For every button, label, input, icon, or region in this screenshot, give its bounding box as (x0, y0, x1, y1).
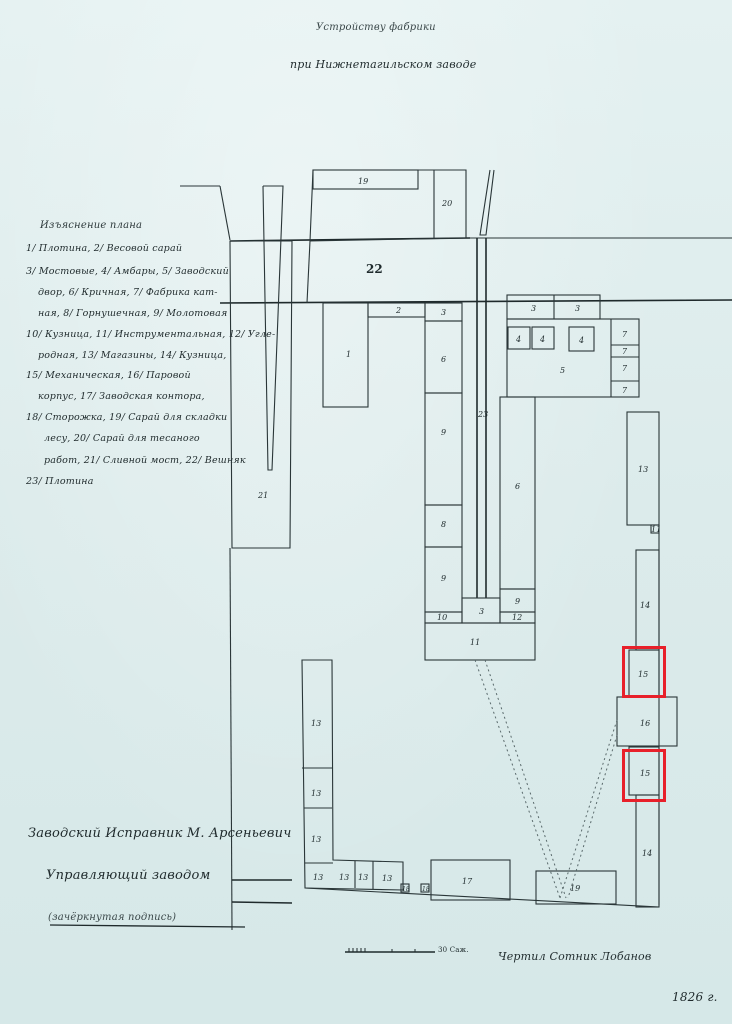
label-18: 18 (402, 886, 410, 893)
label-11: 11 (470, 638, 480, 647)
label-13: 13 (382, 874, 392, 883)
label-22: 22 (366, 262, 383, 276)
label-23: 23 (477, 410, 488, 419)
label-2: 2 (395, 306, 401, 315)
scale-bar (345, 948, 435, 952)
label-4: 4 (515, 335, 521, 344)
signature-struck: (зачёркнутая подпись) (48, 912, 176, 923)
label-9: 9 (515, 597, 520, 606)
highlight-building-15-lower (622, 749, 666, 802)
label-3: 3 (441, 308, 446, 317)
label-16: 16 (640, 719, 650, 728)
label-13: 13 (339, 873, 349, 882)
label-20: 20 (441, 199, 452, 208)
label-21: 21 (257, 491, 268, 500)
label-6: 6 (441, 355, 446, 364)
label-7: 7 (622, 330, 628, 339)
building-5 (507, 319, 639, 397)
divider (307, 241, 310, 303)
building-13-l-block (302, 660, 403, 890)
label-19: 19 (570, 884, 580, 893)
label-17: 17 (462, 877, 473, 886)
signature-manager: Управляющий заводом (46, 868, 211, 883)
draftsman-signature: Чертил Сотник Лобанов (498, 950, 651, 963)
archive-stamp: 1826 г. (672, 990, 718, 1004)
label-5: 5 (560, 366, 565, 375)
dotted-path (485, 660, 566, 898)
building-9-upper (425, 393, 462, 505)
label-10: 10 (437, 613, 447, 622)
label-13: 13 (358, 873, 368, 882)
label-6: 6 (515, 482, 520, 491)
dam-line (220, 300, 732, 303)
label-13: 13 (638, 465, 648, 474)
boundary-line (220, 186, 230, 240)
boundary-line (230, 548, 232, 930)
dotted-path (568, 735, 617, 898)
label-3: 3 (531, 304, 536, 313)
label-13: 13 (311, 789, 321, 798)
label-4: 4 (578, 336, 584, 345)
label-18: 18 (422, 886, 430, 893)
label-13: 13 (311, 835, 321, 844)
dotted-path (475, 660, 560, 898)
label-12: 12 (512, 613, 522, 622)
label-3: 3 (575, 304, 580, 313)
label-13: 13 (311, 719, 321, 728)
label-14: 14 (642, 849, 652, 858)
label-7: 7 (622, 364, 628, 373)
sluice-wedge (263, 186, 283, 470)
label-4: 4 (539, 335, 545, 344)
label-14: 14 (640, 601, 650, 610)
ground-line (305, 888, 659, 907)
label-7: 7 (622, 386, 628, 395)
label-9: 9 (441, 428, 446, 437)
label-8: 8 (441, 520, 446, 529)
label-19: 19 (358, 177, 368, 186)
building-14-upper (636, 550, 659, 650)
label-11: 11 (651, 525, 661, 534)
label-3: 3 (479, 607, 484, 616)
boundary-line (232, 902, 292, 903)
label-9: 9 (441, 574, 446, 583)
canal-funnel (480, 170, 494, 235)
scale-label: 30 Саж. (438, 946, 469, 954)
label-1: 1 (346, 350, 351, 359)
highlight-building-15-upper (622, 646, 666, 698)
label-13: 13 (313, 873, 323, 882)
label-7: 7 (622, 347, 628, 356)
signature-ispravnik: Заводский Исправник М. Арсеньевич (28, 826, 292, 841)
building-6-right (500, 397, 535, 589)
strikethrough-line (50, 925, 245, 927)
building-21 (230, 241, 292, 548)
